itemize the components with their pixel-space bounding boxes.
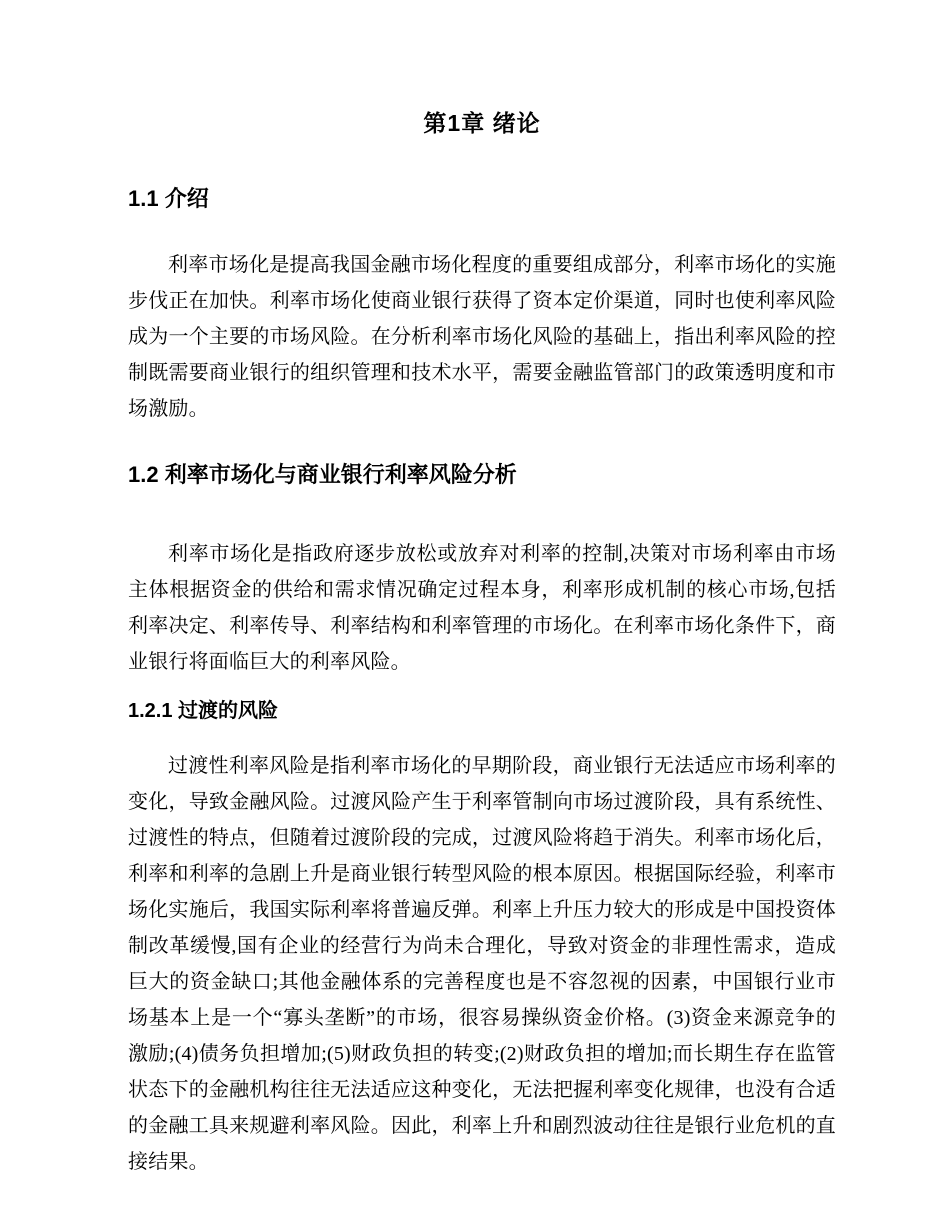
- section-1-2-paragraph: 利率市场化是指政府逐步放松或放弃对利率的控制,决策对市场利率由市场主体根据资金的…: [128, 536, 836, 680]
- section-heading-1-1: 1.1 介绍: [128, 188, 836, 210]
- section-1-1-paragraph: 利率市场化是提高我国金融市场化程度的重要组成部分，利率市场化的实施步伐正在加快。…: [128, 247, 836, 427]
- subsection-1-2-1-paragraph: 过渡性利率风险是指利率市场化的早期阶段，商业银行无法适应市场利率的变化，导致金融…: [128, 748, 836, 1180]
- section-heading-1-2: 1.2 利率市场化与商业银行利率风险分析: [128, 464, 836, 486]
- document-content: 第1章 绪论 1.1 介绍 利率市场化是提高我国金融市场化程度的重要组成部分，利…: [0, 0, 952, 1180]
- document-page: 第1章 绪论 1.1 介绍 利率市场化是提高我国金融市场化程度的重要组成部分，利…: [0, 0, 952, 1232]
- subsection-heading-1-2-1: 1.2.1 过渡的风险: [128, 701, 836, 721]
- chapter-title: 第1章 绪论: [128, 112, 836, 135]
